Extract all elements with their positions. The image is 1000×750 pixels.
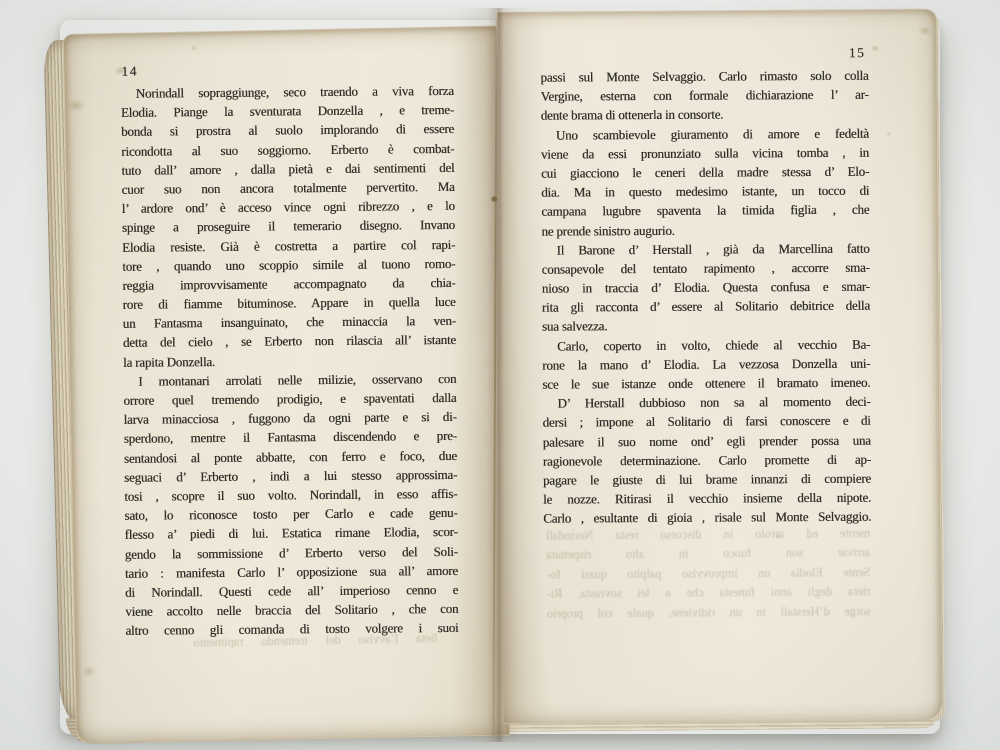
page-right-text-column: passi sul Monte Selvaggio. Carlo rimasto… [540,66,871,528]
text-line: dente brama di ottenerla in consorte. [541,104,869,125]
text-line: cui giacciono le ceneri della madre stes… [541,162,869,183]
text-line: campana lugubre spaventa la timida figli… [541,200,869,221]
text-line: le nozze. Ritirasi il vecchio insieme de… [543,488,871,509]
bleedthrough-line: Sente Elodia un improvviso palpito quasi… [546,563,870,585]
text-line: viene da essi pronunziato sulla vicina t… [541,142,869,163]
text-line: dia. Ma in questo medesimo istante, un t… [541,181,869,202]
text-line: sce le sue istanze onde ottenere il bram… [542,373,870,394]
text-line: detta del cielo , se Erberto non rilasci… [123,330,456,352]
bleedthrough-line: lieta l’avviso del tremendo rapimento [193,629,437,653]
text-line: Il Barone d’ Herstall , già da Marcellin… [541,238,869,259]
photo-background: 14 Norindall sopraggiunge, seco traendo … [0,0,1000,750]
text-line: ricondotta al suo soggiorno. Erberto è c… [121,138,454,160]
text-line: sentandosi al ponte abbatte, con ferro e… [124,445,457,467]
bleedthrough-line: riera degli anni funesta che a lei sovra… [547,582,871,604]
text-line: sperdono, mentre il Fantasma discendendo… [124,426,457,448]
paragraph: Uno scambievole giuramento di amore e fe… [541,123,870,240]
page-left-text-column: Norindall sopraggiunge, seco traendo a v… [121,81,459,640]
text-line: pagare le giuste di lui brame innanzi di… [543,469,871,490]
text-line: Carlo, coperto in volto, chiede al vecch… [542,334,870,355]
text-line: passi sul Monte Selvaggio. Carlo rimasto… [540,66,868,87]
binding-speck [491,196,498,202]
text-line: ne prende sinistro augurio. [541,219,869,240]
paragraph: I montanari arrolati nelle milizie, osse… [123,369,458,641]
text-line: Vergine, esterna con formale dichiarazio… [541,85,869,106]
page-left-bleedthrough: lieta l’avviso del tremendo rapimento [193,629,437,653]
text-line: ragionevole determinazione. Carlo promet… [543,449,871,470]
text-line: consapevole del tentato rapimento , acco… [542,258,870,279]
text-line: Uno scambievole giuramento di amore e fe… [541,123,869,144]
text-line: gendo la sommissione d’ Erberto verso de… [125,541,458,563]
text-line: palesare il suo nome ond’ egli prender p… [543,430,871,451]
paragraph: D’ Herstall dubbioso non sa al momento d… [542,392,871,528]
text-line: bonda si prostra al suolo implorando di … [121,119,454,141]
text-line: sua salvezza. [542,315,870,336]
text-line: nioso in traccia d’ Elodia. Questa confu… [542,277,870,298]
text-line: spinge a proseguire il temerario disegno… [122,215,455,237]
paragraph: Carlo, coperto in volto, chiede al vecch… [542,334,870,394]
text-line: D’ Herstall dubbioso non sa al momento d… [542,392,870,413]
text-line: rita gli racconta d’ essere al Solitario… [542,296,870,317]
paragraph: Norindall sopraggiunge, seco traendo a v… [121,81,456,372]
text-line: Elodia resiste. Già è costretta a partir… [122,234,455,256]
paragraph: passi sul Monte Selvaggio. Carlo rimasto… [540,66,868,126]
text-line: rone la mano d’ Elodia. La vezzosa Donze… [542,353,870,374]
page-number-right: 15 [849,45,866,61]
bleedthrough-line: sorge d’Herstall in un ridiviene, quale … [547,602,871,624]
paragraph: Il Barone d’ Herstall , già da Marcellin… [541,238,870,336]
page-number-left: 14 [121,63,138,79]
text-line: flesso a’ piedi di lui. Estatica rimane … [125,522,458,544]
text-line: dersi ; impone al Solitario di farsi con… [543,411,871,432]
bleedthrough-line: mente ed arrolo in discorso resta Norind… [546,524,870,546]
book-page-left: 14 Norindall sopraggiunge, seco traendo … [63,26,511,744]
book-page-right: 15 passi sul Monte Selvaggio. Carlo rima… [497,9,943,724]
bleedthrough-line: arrivar son fuoco in alto rispettata [546,543,870,565]
page-right-bleedthrough: mente ed arrolo in discorso resta Norind… [546,524,871,623]
